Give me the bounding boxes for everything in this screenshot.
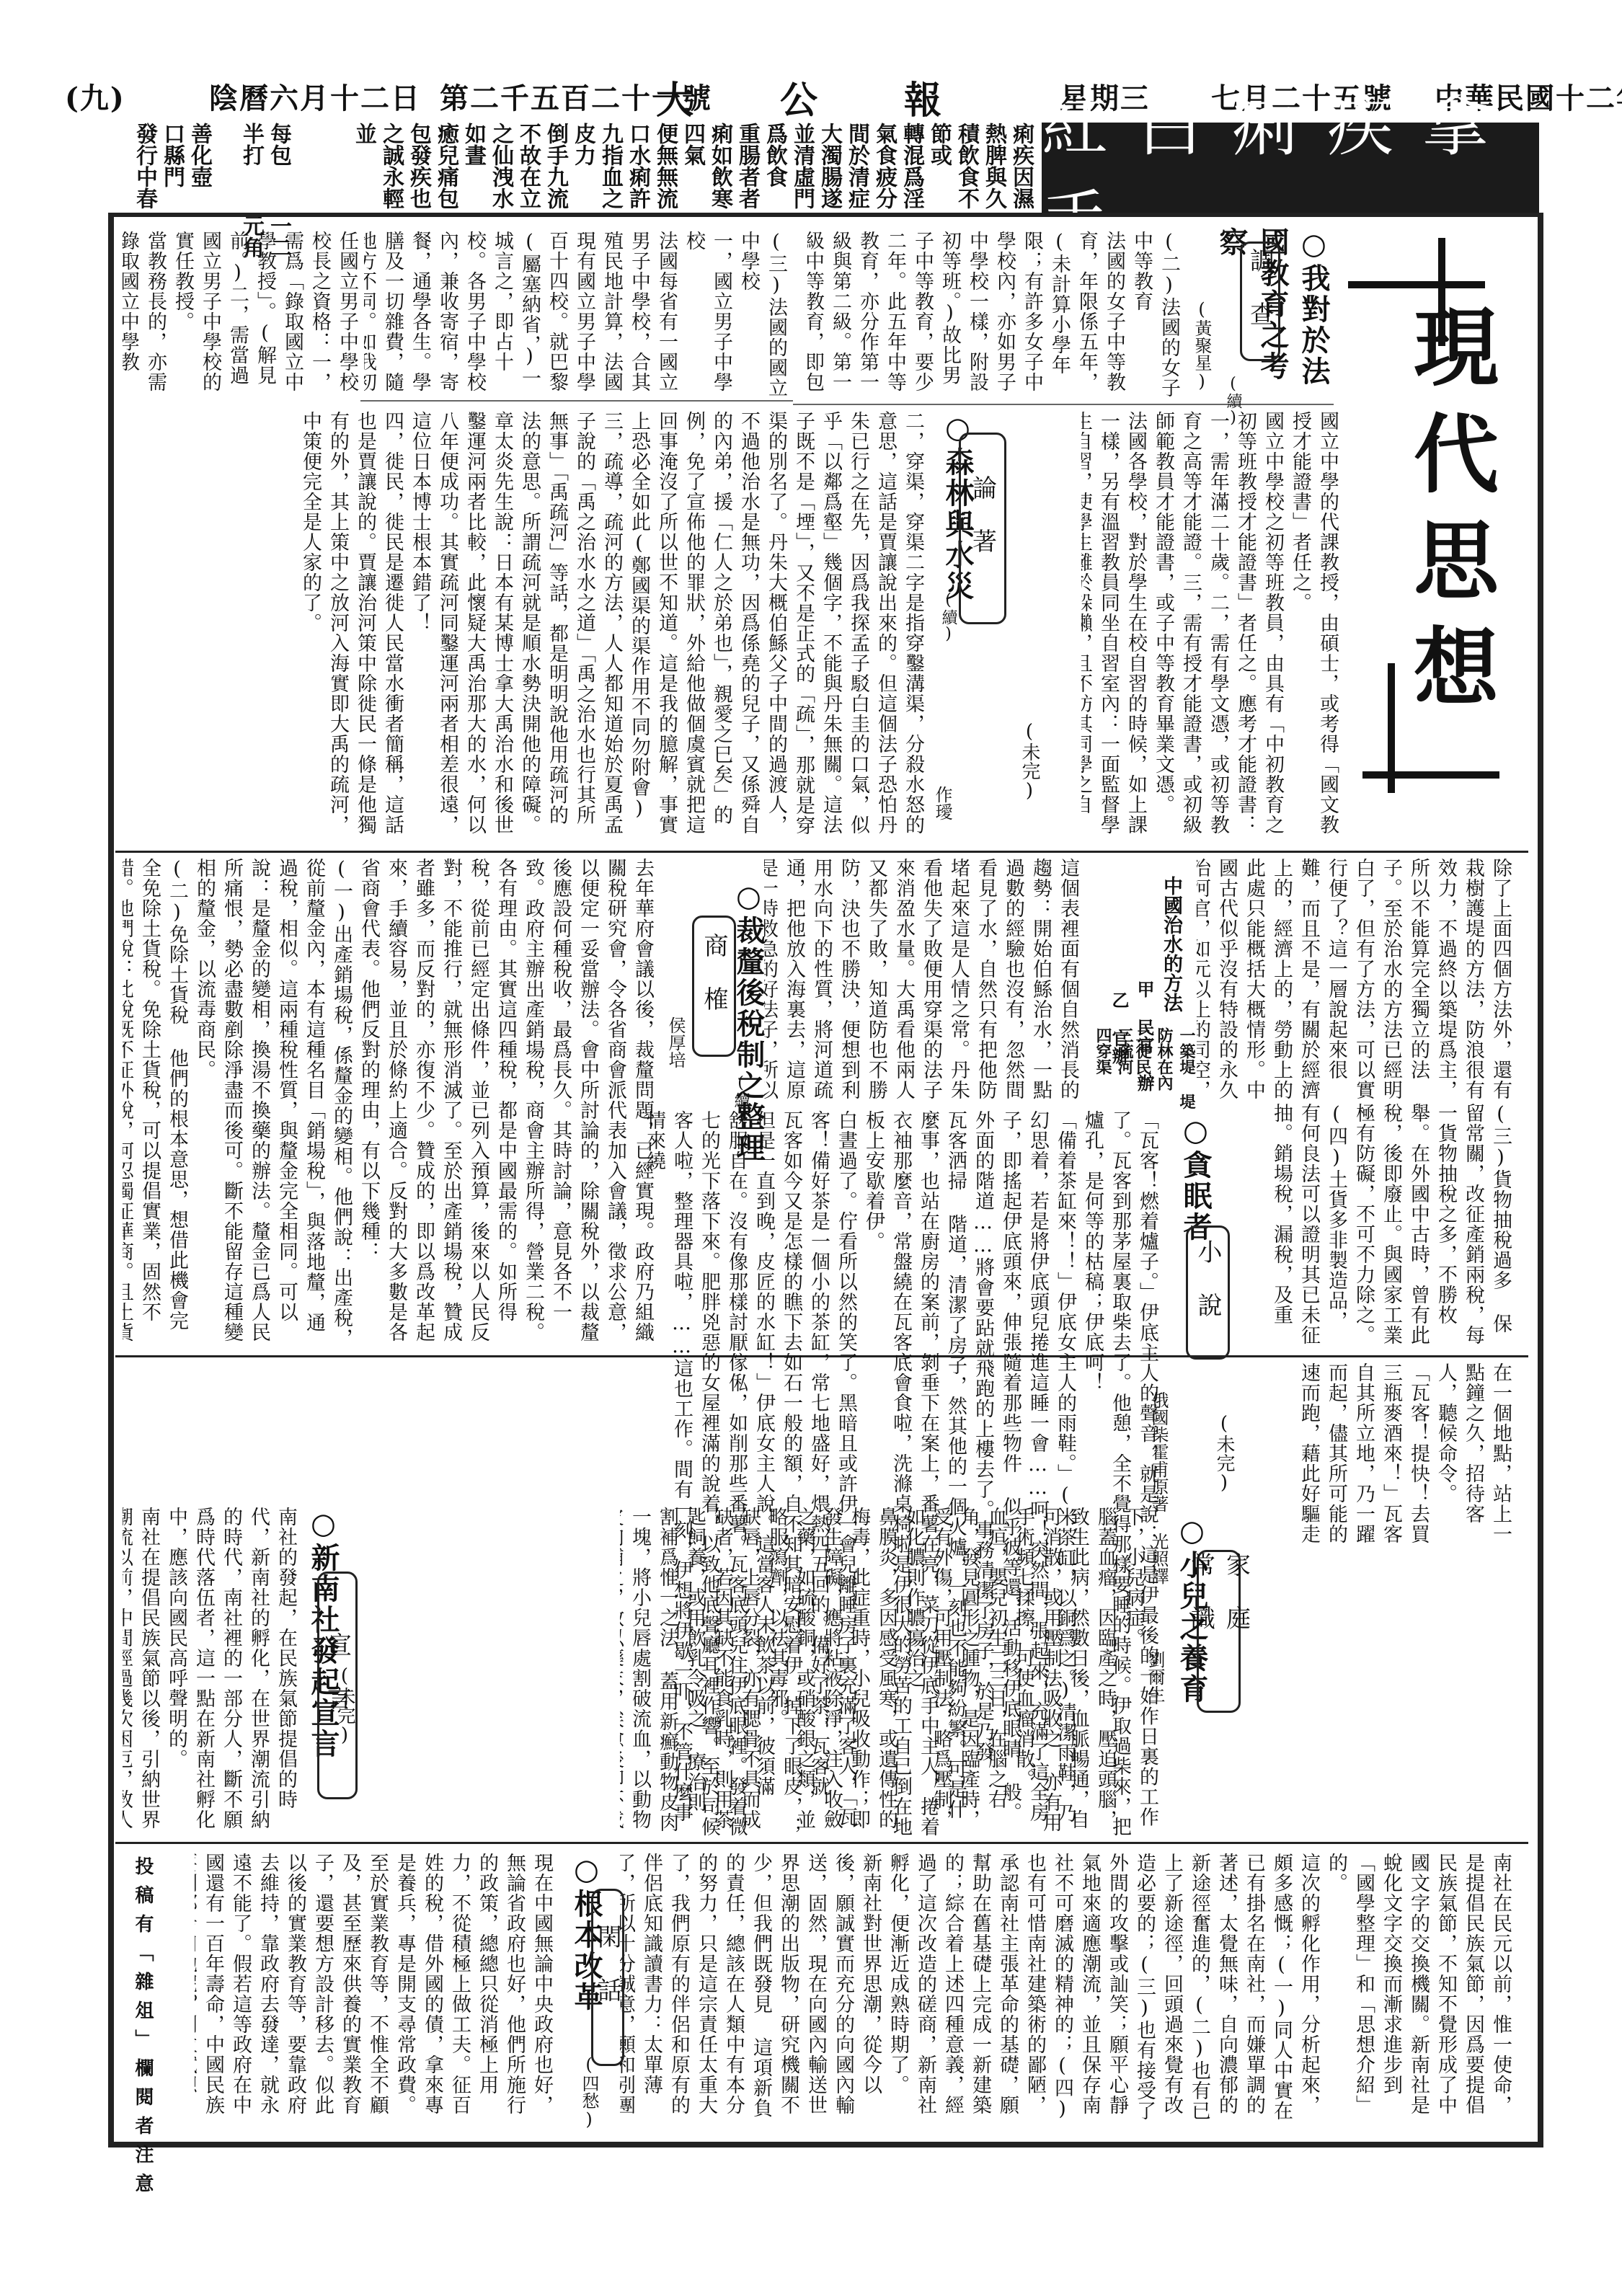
- column-tag: 小說: [1186, 1225, 1230, 1360]
- column-tag-label: 閑話: [590, 1924, 626, 2031]
- seller-line: 口縣門: [158, 123, 185, 215]
- article-author: 侯厚培: [663, 1016, 688, 1068]
- end-note: (未完): [1211, 1413, 1238, 1494]
- article-author: 作璦: [930, 786, 955, 820]
- section-title: 現代思想: [1388, 303, 1510, 730]
- ad-column: 便無無流口水痢許九指血之皮力: [569, 123, 678, 215]
- column-tag-label: 小說: [1190, 1239, 1226, 1346]
- diagram-title: 中國治水的方法: [1157, 876, 1185, 1012]
- paragraph: 下，小兒病症。: [1119, 1507, 1146, 1838]
- ad-copy: 痢疾因濕熱脾與久積飲食不節或 轉混爲淫氣食疲分間於清症 大濁腸遂並清虛門爲飲食 …: [314, 123, 1034, 215]
- paragraph: 腦蓋血瘤，因臨產之時，壓迫頭腦，致生此病，然數日後，血脈暢通，自可消散，或用壓制…: [1009, 1507, 1119, 1838]
- article-author: (四愁): [577, 2055, 602, 2129]
- paragraph: 這次的孵化作用，分析起來，頗多感慨；(一)同人中實在已有掛名在南社，而嫌單調的著…: [884, 1853, 1322, 2127]
- ad-price: 每包 半打 一二 元角: [213, 123, 292, 215]
- ad-column: 癒兒痛包包發疾也之誠永輕並: [350, 123, 459, 215]
- paragraph: 當教務長的，亦需錄取國立中學教授；或爲碩士，已任過教務至五年以上的。: [123, 231, 169, 400]
- paragraph: 「瓦客！提快！去買三瓶麥酒來！」瓦客自其所立地，乃一躍而起，儘其所可能的速而跑，…: [1298, 1362, 1432, 1550]
- diagram-item: 四穿渠: [1092, 1027, 1114, 1075]
- ad-sellers: 善化壺 口縣門 發行中春: [126, 123, 213, 215]
- paragraph: 國立中學的代課教授，由碩士，或考得「國文教授才能證書」者任之。: [1286, 411, 1341, 843]
- ad-column: 大濁腸遂並清虛門爲飲食: [761, 123, 843, 215]
- paragraph: 南社在民元以前，惟一使命，是提倡民族氣節，因爲要提倡民族氣節，不知不覺形成了中國…: [1322, 1853, 1514, 2127]
- column-tag: 論著: [959, 433, 1006, 624]
- column-tag: 家庭常識: [1197, 1550, 1241, 1713]
- seller-line: 善化壺: [185, 123, 213, 215]
- column-tag: 調查: [1240, 241, 1280, 361]
- paragraph: 南社的發起，在民族氣節提倡的時代，新南社的孵化，在世界潮流引納的時代，南社裡的一…: [162, 1507, 299, 1838]
- diagram-item: 三疏河: [1114, 1027, 1136, 1075]
- article-cont: (續): [937, 591, 960, 643]
- column-tag-label: 商榷: [696, 933, 732, 1040]
- article-body: 二，穿渠，穿渠二字是指穿鑿溝渠，分殺水怒的意思，這話是賈讓說出來的。但這個法子恐…: [123, 411, 926, 843]
- paragraph: 鼻膜炎，多因感受風寒，或遺傳性的梅毒，此症重時，小兒吸收動作；即發生障礙，應將粘…: [763, 1507, 900, 1838]
- column-tag: 閑話: [591, 1889, 624, 2066]
- paragraph: 缺唇，上唇分裂，亦有腮骨不具而成缺者，若因其缺不能食乳時，則用茶匙飼養，或用飲乳…: [620, 1507, 763, 1838]
- water-control-diagram: 中國治水的方法 甲 民官 辦 乙 官辦 一築堤 堤防林在內 二徙民 三疏河 四穿…: [1089, 876, 1197, 1114]
- article-body: 在一個地點，站上一點鐘之久，招待客人，聽候命令。 「瓦客！提快！去買三瓶麥酒來！…: [1298, 1362, 1514, 1550]
- paragraph: 法國各學校，對於學生在校自習的時候，如上課一樣，另有溫習教員同坐自習室內：一面監…: [1081, 411, 1149, 843]
- ad-column: 倒手九流不故在立之仙洩水如晝: [459, 123, 569, 215]
- ad-banner: 紅白痢疾拿手: [1042, 123, 1539, 215]
- lunar-date: 陰曆六月十二日: [209, 76, 421, 117]
- ad-column: 重腸者者痢如飲寒四氣: [678, 123, 761, 215]
- article-body: (三)貨物抽稅過多 保留常關，改征產銷兩稅，每一貨物抽稅之多，不勝枚舉。在外國中…: [1269, 1103, 1514, 1348]
- advertisement: 紅白痢疾拿手 痢疾因濕熱脾與久積飲食不節或 轉混爲淫氣食疲分間於清症 大濁腸遂並…: [61, 123, 1546, 216]
- paragraph: 除了上面四個方法外，還有栽樹護堤的方法，防浪很有效力，不過終以築堤爲主，所以不能…: [1197, 858, 1514, 1103]
- paragraph: 任國立男子中學校校長之資格：一，需爲「錄取國立中學教授」。(解見前。)二，需當過…: [169, 231, 360, 400]
- article-body: 除了上面四個方法外，還有栽樹護堤的方法，防浪很有效力，不過終以築堤爲主，所以不能…: [1197, 858, 1514, 1103]
- column-tag-label: 論著: [965, 475, 1001, 582]
- paragraph: 一，國立男子中學校: [680, 231, 735, 400]
- section-brand: 現代思想: [1348, 238, 1514, 829]
- price-line: 半打: [237, 123, 265, 215]
- paragraph: 現在中國無論中央政府也好，無論省政府也好，他們所施行的政策，總總只從消極上用力，…: [195, 1853, 555, 2127]
- ad-column: 痢疾因濕熱脾與久積飲食不節或: [925, 123, 1034, 215]
- paragraph: (四)土貨多非製造品，有何良法可以證明其已未征抽。銷場稅，漏稅，及重稅，當接踵而…: [1269, 1103, 1350, 1348]
- article-body: (三)法國的國立中學校 一，國立男子中學校 法國每省有一國立男子中學校，合其殖民…: [364, 231, 789, 400]
- ad-column: 轉混爲淫氣食疲分間於清症: [843, 123, 925, 215]
- paragraph: (二)法國的女子中等教育: [1127, 231, 1182, 400]
- brand-rule: [1348, 281, 1485, 288]
- paragraph: (三)法國的國立中學校: [735, 231, 789, 400]
- paragraph: 四，徙民，徙民是遷徙人民當水衝者簡稱，這話也是賈讓說的。賈讓治河策中除徙民一條是…: [296, 411, 406, 843]
- paragraph: (三)貨物抽稅過多 保留常關，改征產銷兩稅，每一貨物抽稅之多，不勝枚舉。在外國中…: [1350, 1103, 1514, 1348]
- article-headline: ○貪眠者: [1175, 1114, 1216, 1243]
- paragraph: 國立中學校之初等班教員，由具有「中初教育之初等班教授才能證書」者任之。應考才能證…: [1149, 411, 1286, 843]
- end-note: (未完): [1016, 721, 1043, 802]
- paragraph: 法國的女子中等教育，年限係五年，(未計算小學年限；有許多女子中學校內，亦如男子中…: [807, 231, 1127, 400]
- price-line: 每包: [265, 123, 292, 215]
- article-author: (黃聚星): [1189, 299, 1215, 391]
- page-marker: (九): [65, 76, 125, 117]
- article-body: 任國立男子中學校校長之資格：一，需爲「錄取國立中學教授」。(解見前。)二，需當過…: [123, 231, 360, 400]
- submission-note: 投稿有「雜俎」欄閱者注意: [130, 1856, 156, 2202]
- brand-rule: [1362, 771, 1499, 779]
- paragraph: 法國每省有一國立男子中學校，合其殖民地計算，法國現有國立男子中學百十四校。就巴黎…: [364, 231, 680, 400]
- paragraph: 血疸，嬰兒初生二三日，在腦之右角，發見圓形之腫物，是因臨產時，受有外傷，可用壓制…: [900, 1507, 1009, 1838]
- diagram-item: 一築堤 堤防林在內: [1153, 1027, 1198, 1114]
- article-author: 劉爾生: [1143, 1651, 1168, 1703]
- paragraph: 三，疏導，疏河的方法，人人都知道始於夏禹孟子說的「禹之治水水之道」「禹之治水也行…: [406, 411, 625, 843]
- tier-rule: [115, 851, 1528, 853]
- paragraph: 二，穿渠，穿渠二字是指穿鑿溝渠，分殺水怒的意思，這話是賈讓說出來的。但這個法子恐…: [625, 411, 926, 843]
- article-body: 這個表裡面有個自然消長的趨勢：開始伯鯀治水，一點過數的經驗也沒有，忽然間看見了水…: [764, 858, 1081, 1103]
- column-tag: 商榷: [692, 916, 736, 1057]
- article-body: (二)法國的女子中等教育 法國的女子中等教育，年限係五年，(未計算小學年限；有許…: [807, 231, 1182, 400]
- article-body: 國立中學的代課教授，由碩士，或考得「國文教授才能證書」者任之。 國立中學校之初等…: [1081, 411, 1341, 843]
- article-body: 南社在民元以前，惟一使命，是提倡民族氣節，因爲要提倡民族氣節，不知不覺形成了中國…: [620, 1853, 1514, 2127]
- article-body: 南社的發起，在民族氣節提倡的時代，新南社的孵化，在世界潮流引納的時代，南社裡的一…: [123, 1507, 299, 1838]
- paragraph: 這個表裡面有個自然消長的趨勢：開始伯鯀治水，一點過數的經驗也沒有，忽然間看見了水…: [764, 858, 1081, 1103]
- column-tag: 宣言: [317, 1572, 358, 1799]
- inner-rule: [360, 400, 793, 402]
- paragraph: 南社在提倡民族氣節以後，引納世界潮流以前，中間經過幾次困厄，敎人指摘處也不少，然…: [123, 1507, 162, 1838]
- column-tag-label: 家庭常識: [1184, 1552, 1254, 1711]
- paragraph: 新南社對世界思潮，從今以後，願誠實而充分的向國內輸送，固然，現在向國內輸送世界思…: [620, 1853, 884, 2127]
- column-tag-label: 調查: [1243, 248, 1278, 355]
- paragraph: 在一個地點，站上一點鐘之久，招待客人，聽候命令。: [1432, 1362, 1514, 1550]
- article-body: 現在中國無論中央政府也好，無論省政府也好，他們所施行的政策，總總只從消極上用力，…: [195, 1853, 555, 2127]
- issue-number: 第二千五百二十一號: [440, 76, 712, 117]
- tier-rule: [115, 1842, 1528, 1844]
- column-tag-label: 宣言: [320, 1632, 355, 1739]
- seller-line: 發行中春: [130, 123, 158, 215]
- article-body: 下，小兒病症。 腦蓋血瘤，因臨產之時，壓迫頭腦，致生此病，然數日後，血脈暢通，自…: [620, 1507, 1146, 1838]
